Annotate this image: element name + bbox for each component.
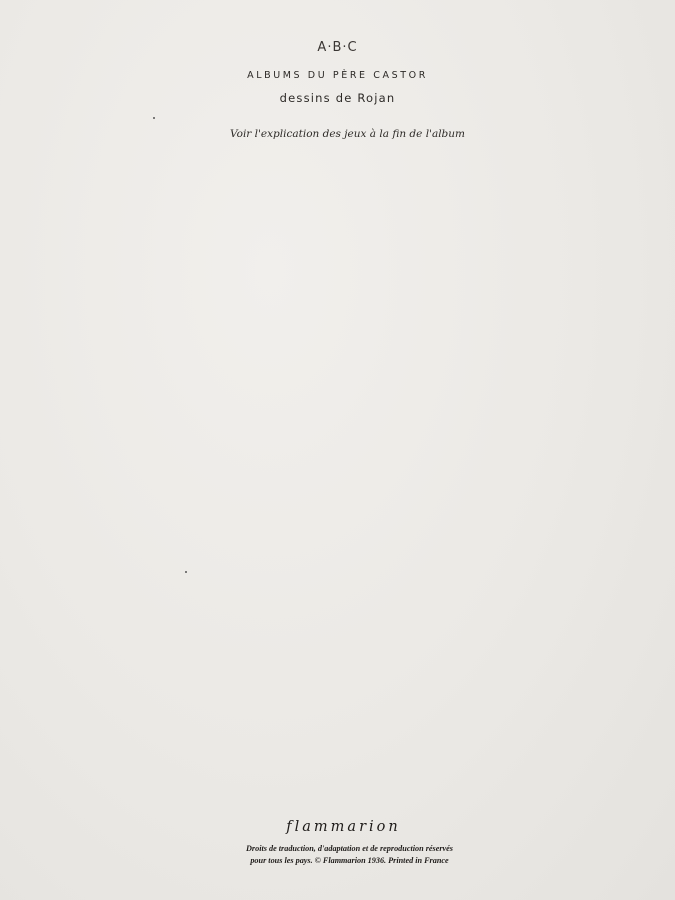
- illustrator-credit: dessins de Rojan: [0, 91, 675, 105]
- book-title: A·B·C: [0, 40, 675, 55]
- title-page: A·B·C ALBUMS DU PÈRE CASTOR dessins de R…: [0, 0, 675, 900]
- rights-line-2: pour tous les pays. © Flammarion 1936. P…: [12, 855, 675, 867]
- instructions-note: Voir l'explication des jeux à la fin de …: [0, 128, 675, 140]
- paper-speck: [185, 571, 187, 573]
- publisher-name: flammarion: [0, 819, 675, 835]
- series-name: ALBUMS DU PÈRE CASTOR: [0, 70, 675, 81]
- rights-line-1: Droits de traduction, d'adaptation et de…: [12, 843, 675, 855]
- rights-notice: Droits de traduction, d'adaptation et de…: [0, 843, 675, 867]
- paper-speck: [153, 117, 155, 119]
